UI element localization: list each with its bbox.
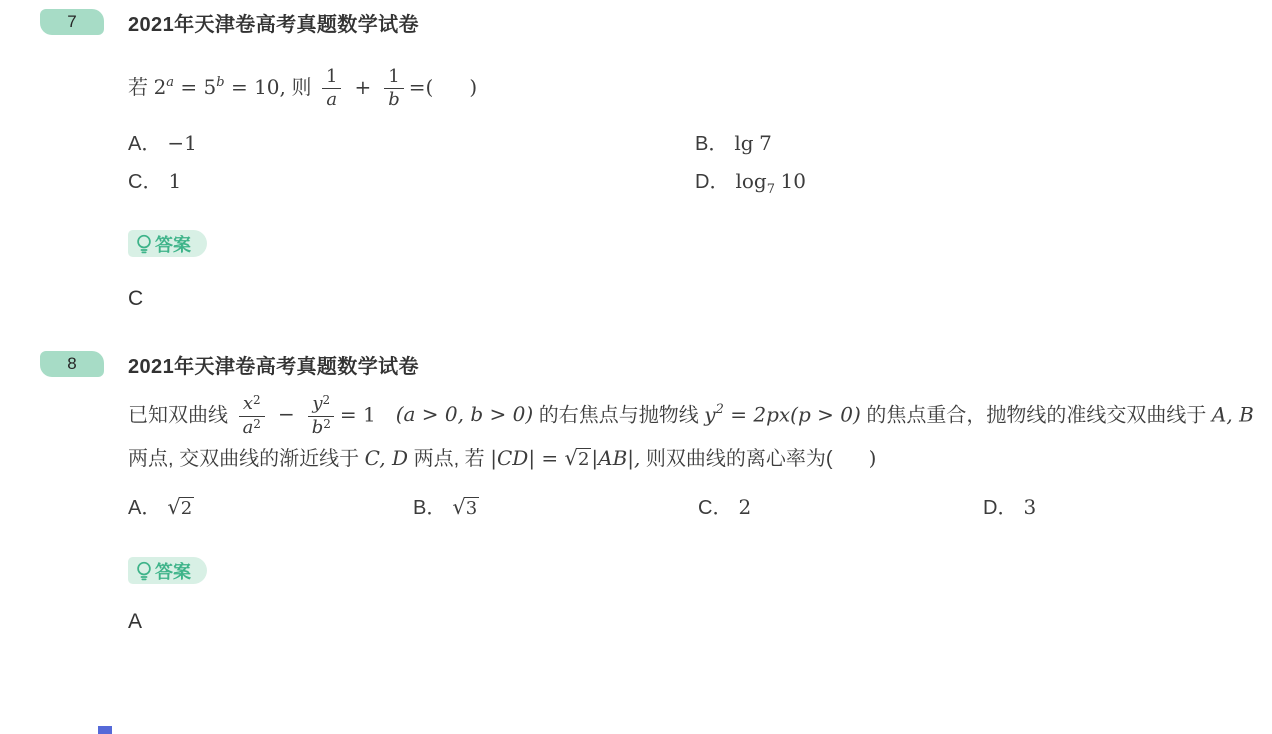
option-b: B．√3 (413, 492, 698, 524)
math-text: =( (409, 75, 434, 99)
radicand: 2 (179, 497, 194, 519)
option-a: A．√2 (128, 492, 413, 524)
math-exponent: 2 (716, 402, 724, 417)
math-variable: b (312, 417, 324, 438)
math-text: 2 (154, 75, 167, 99)
math-fraction: x2a2 (239, 394, 265, 438)
option-label: C． (698, 497, 732, 519)
option-label: B． (413, 497, 446, 519)
stem-text: 则双曲线的离心率为( (640, 448, 832, 470)
option-a: A．−1 (128, 128, 695, 160)
math-exponent: a (166, 75, 174, 90)
math-exponent: b (216, 75, 224, 90)
math-text: |CD| = (490, 446, 564, 470)
fraction-numerator: x2 (239, 394, 265, 417)
lightbulb-icon (136, 234, 152, 254)
math-text: = 1 (340, 402, 376, 426)
selection-cursor-artifact (98, 726, 112, 734)
answer-value: C (128, 287, 1272, 311)
stem-text: 两点, 若 (408, 448, 490, 470)
math-variable: y (312, 393, 322, 414)
option-label: D． (695, 171, 729, 193)
math-exponent: 2 (253, 417, 261, 431)
math-exponent: 2 (323, 417, 331, 431)
option-value: 10 (781, 169, 806, 193)
plus-operator: + (354, 75, 371, 99)
math-text: ) (469, 75, 477, 99)
question-block-7: 7 2021年天津卷高考真题数学试卷 若 2a = 5b = 10, 则 1a+… (0, 8, 1272, 311)
math-points: C, D (365, 446, 408, 470)
math-exponent: 2 (323, 393, 331, 407)
math-variable: y (704, 402, 715, 426)
stem-text: 则 (286, 77, 317, 99)
option-b: B．lg 7 (695, 128, 1272, 160)
answer-badge: 答案 (128, 230, 207, 257)
question-header: 8 2021年天津卷高考真题数学试卷 (0, 350, 1272, 378)
math-points: A, B (1212, 402, 1254, 426)
radicand: 2 (576, 448, 591, 470)
stem-text: 已知双曲线 (128, 404, 234, 426)
fraction-denominator: a2 (239, 417, 265, 439)
math-text: ) (869, 446, 877, 470)
option-label: B． (695, 133, 728, 155)
question-title: 2021年天津卷高考真题数学试卷 (128, 8, 419, 37)
option-c: C．1 (128, 166, 695, 200)
question-title: 2021年天津卷高考真题数学试卷 (128, 350, 419, 379)
option-value: 1 (168, 169, 181, 193)
option-value: lg (734, 131, 753, 155)
option-label: D． (983, 497, 1017, 519)
math-condition: (a > 0, b > 0) (396, 402, 533, 426)
option-value: 7 (759, 131, 772, 155)
fraction-numerator: 1 (384, 67, 403, 90)
math-text: = (174, 75, 203, 99)
question-header: 7 2021年天津卷高考真题数学试卷 (0, 8, 1272, 36)
question-stem: 若 2a = 5b = 10, 则 1a+1b=() (128, 58, 1272, 120)
option-label: A． (128, 133, 161, 155)
radicand: 3 (464, 497, 479, 519)
option-d: D．3 (983, 492, 1272, 524)
fraction-denominator: a (322, 89, 341, 111)
math-subscript: 7 (767, 182, 775, 197)
math-text: = 2px(p > 0) (724, 402, 861, 426)
square-root: √2 (565, 448, 592, 470)
answer-badge-label: 答案 (155, 231, 191, 257)
fraction-denominator: b (384, 89, 404, 111)
math-variable: a (243, 417, 254, 438)
question-block-8: 8 2021年天津卷高考真题数学试卷 已知双曲线 x2a2−y2b2= 1(a … (0, 350, 1272, 634)
stem-text: 两点, 交双曲线的渐近线于 (128, 448, 365, 470)
lightbulb-icon (136, 561, 152, 581)
math-fraction: 1b (384, 67, 404, 111)
question-stem: 已知双曲线 x2a2−y2b2= 1(a > 0, b > 0) 的右焦点与抛物… (128, 394, 1260, 480)
math-fraction: 1a (322, 67, 341, 111)
math-text: |AB|, (591, 446, 640, 470)
math-variable: x (243, 393, 253, 414)
math-exponent: 2 (253, 393, 261, 407)
stem-text: 若 (128, 77, 154, 99)
minus-operator: − (278, 402, 295, 426)
math-fraction: y2b2 (308, 394, 335, 438)
question-number-badge: 7 (40, 9, 104, 35)
answer-badge: 答案 (128, 557, 207, 584)
answer-value: A (128, 610, 1272, 634)
fraction-numerator: y2 (308, 394, 334, 417)
answer-badge-label: 答案 (155, 558, 191, 584)
option-value: 3 (1023, 495, 1036, 519)
square-root: √3 (452, 497, 479, 519)
stem-text: 的右焦点与抛物线 (533, 404, 704, 426)
options-grid: A．√2 B．√3 C．2 D．3 (128, 492, 1272, 524)
option-label: C． (128, 171, 162, 193)
option-c: C．2 (698, 492, 983, 524)
fraction-numerator: 1 (322, 67, 341, 90)
option-label: A． (128, 497, 161, 519)
math-text: 5 (204, 75, 217, 99)
stem-text: 的焦点重合，抛物线的准线交双曲线于 (861, 404, 1212, 426)
option-value: log (735, 169, 766, 193)
question-number-badge: 8 (40, 351, 104, 377)
option-d: D．log7 10 (695, 166, 1272, 200)
option-value: 2 (738, 495, 751, 519)
square-root: √2 (167, 497, 194, 519)
option-value: −1 (167, 131, 196, 155)
fraction-denominator: b2 (308, 417, 335, 439)
options-grid: A．−1 B．lg 7 C．1 D．log7 10 (128, 128, 1272, 200)
math-text: = 10, (225, 75, 286, 99)
